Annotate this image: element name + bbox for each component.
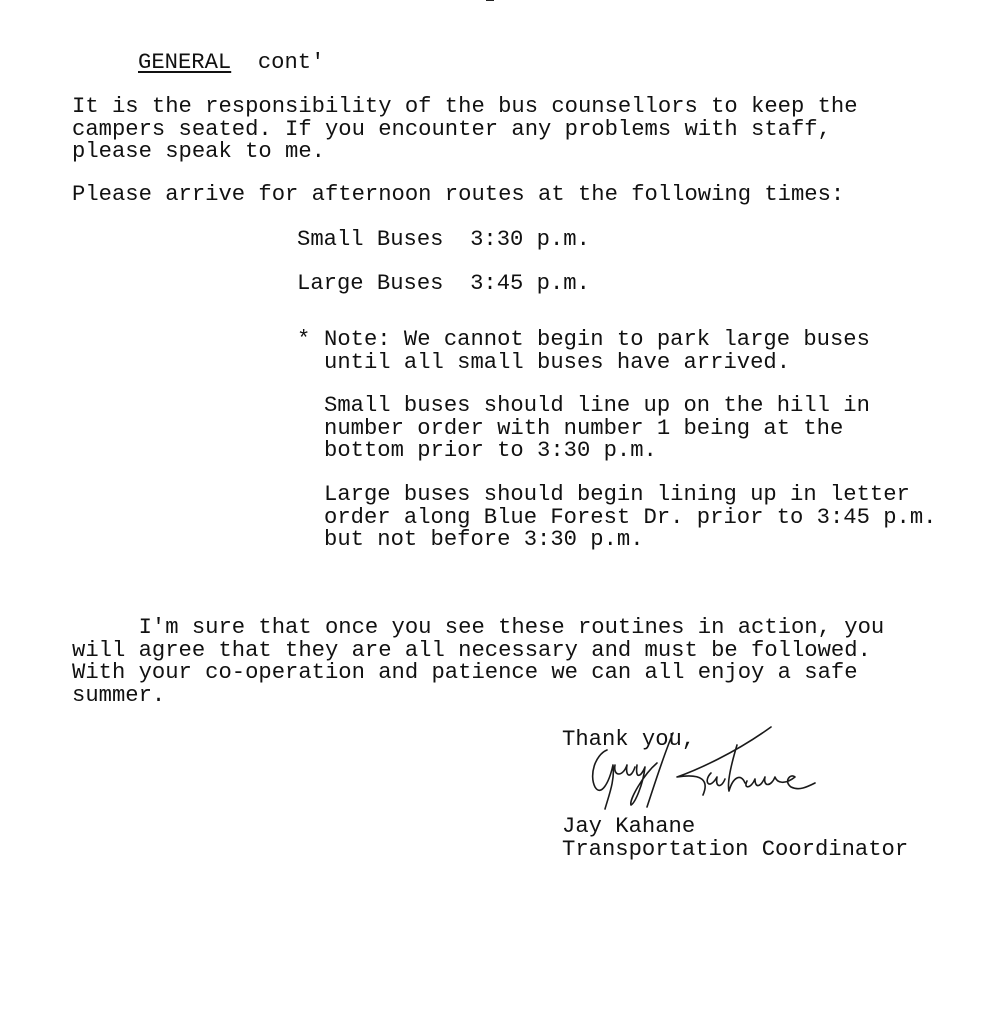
signer-name: Jay Kahane bbox=[562, 816, 695, 839]
signer-title: Transportation Coordinator bbox=[562, 839, 908, 862]
paragraph1-line: please speak to me. bbox=[72, 141, 325, 164]
paragraph1-line: It is the responsibility of the bus coun… bbox=[72, 96, 858, 119]
section-heading: GENERAL cont' bbox=[138, 52, 324, 75]
large-bus-instruction-line: Large buses should begin lining up in le… bbox=[324, 484, 910, 507]
small-bus-instruction-line: Small buses should line up on the hill i… bbox=[324, 395, 870, 418]
closing-line: will agree that they are all necessary a… bbox=[72, 640, 871, 663]
schedule-row-small: Small Buses 3:30 p.m. bbox=[297, 229, 590, 252]
small-bus-instruction-line: bottom prior to 3:30 p.m. bbox=[324, 440, 657, 463]
note-line: Note: We cannot begin to park large buse… bbox=[324, 329, 870, 352]
schedule-row-large: Large Buses 3:45 p.m. bbox=[297, 273, 590, 296]
note-line: until all small buses have arrived. bbox=[324, 352, 790, 375]
heading-suffix: cont' bbox=[258, 50, 325, 75]
schedule-label: Large Buses bbox=[297, 271, 443, 296]
note-marker: * bbox=[297, 329, 310, 352]
large-bus-instruction-line: but not before 3:30 p.m. bbox=[324, 529, 644, 552]
large-bus-instruction-line: order along Blue Forest Dr. prior to 3:4… bbox=[324, 507, 936, 530]
closing-line: I'm sure that once you see these routine… bbox=[72, 617, 884, 640]
memo-page: GENERAL cont' It is the responsibility o… bbox=[0, 0, 985, 1024]
schedule-time: 3:45 p.m. bbox=[470, 271, 590, 296]
paragraph1-line: campers seated. If you encounter any pro… bbox=[72, 119, 831, 142]
handwritten-signature bbox=[585, 725, 845, 815]
closing-line: With your co-operation and patience we c… bbox=[72, 662, 858, 685]
small-bus-instruction-line: number order with number 1 being at the bbox=[324, 418, 843, 441]
heading-title: GENERAL bbox=[138, 50, 231, 75]
schedule-time: 3:30 p.m. bbox=[470, 227, 590, 252]
closing-line: summer. bbox=[72, 685, 165, 708]
page-number-mark bbox=[484, 0, 496, 4]
arrival-intro: Please arrive for afternoon routes at th… bbox=[72, 184, 844, 207]
schedule-label: Small Buses bbox=[297, 227, 443, 252]
